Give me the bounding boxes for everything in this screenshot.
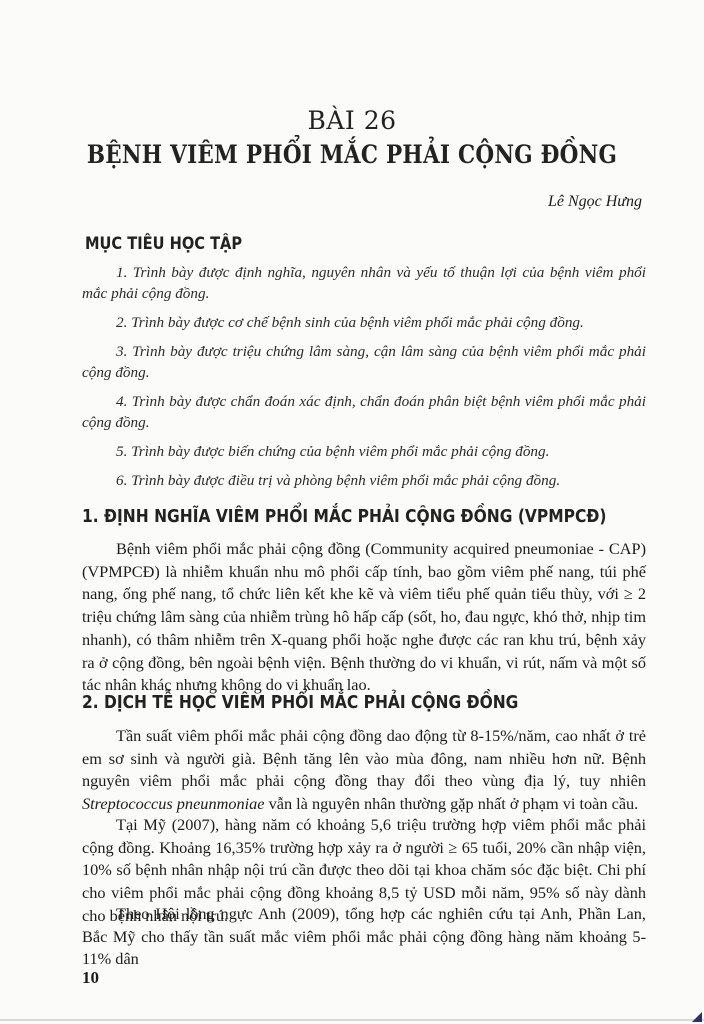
section-2-heading: 2. DỊCH TỄ HỌC VIÊM PHỔI MẮC PHẢI CỘNG Đ… [82,692,518,713]
lesson-title: BỆNH VIÊM PHỔI MẮC PHẢI CỘNG ĐỒNG [49,140,654,169]
corner-mark-icon [692,1012,702,1022]
objective-item: 1. Trình bày được định nghĩa, nguyên nhâ… [82,262,646,304]
page-edge-divider [0,1019,704,1021]
section-1-paragraph: Bệnh viêm phổi mắc phải cộng đồng (Commu… [82,538,646,697]
objective-item: 4. Trình bày được chẩn đoán xác định, ch… [82,391,646,433]
objective-item: 6. Trình bày được điều trị và phòng bệnh… [82,470,646,491]
species-name: Streptococcus pneunmoniae [82,794,265,813]
document-page: BÀI 26 BỆNH VIÊM PHỔI MẮC PHẢI CỘNG ĐỒNG… [0,0,704,1024]
objectives-list: 1. Trình bày được định nghĩa, nguyên nhâ… [82,262,646,499]
section-1-heading: 1. ĐỊNH NGHĨA VIÊM PHỔI MẮC PHẢI CỘNG ĐỒ… [82,506,606,527]
section-2-paragraph-3: Theo Hội lồng ngực Anh (2009), tổng hợp … [82,903,646,971]
section-2-paragraph-1: Tần suất viêm phổi mắc phải cộng đồng da… [82,725,646,816]
lesson-number: BÀI 26 [0,106,704,135]
objective-item: 2. Trình bày được cơ chế bệnh sinh của b… [82,312,646,333]
objective-item: 3. Trình bày được triệu chứng lâm sàng, … [82,341,646,383]
page-number: 10 [82,968,99,988]
author: Lê Ngọc Hưng [548,193,642,211]
objectives-heading: MỤC TIÊU HỌC TẬP [85,234,242,254]
objective-item: 5. Trình bày được biến chứng của bệnh vi… [82,441,646,462]
